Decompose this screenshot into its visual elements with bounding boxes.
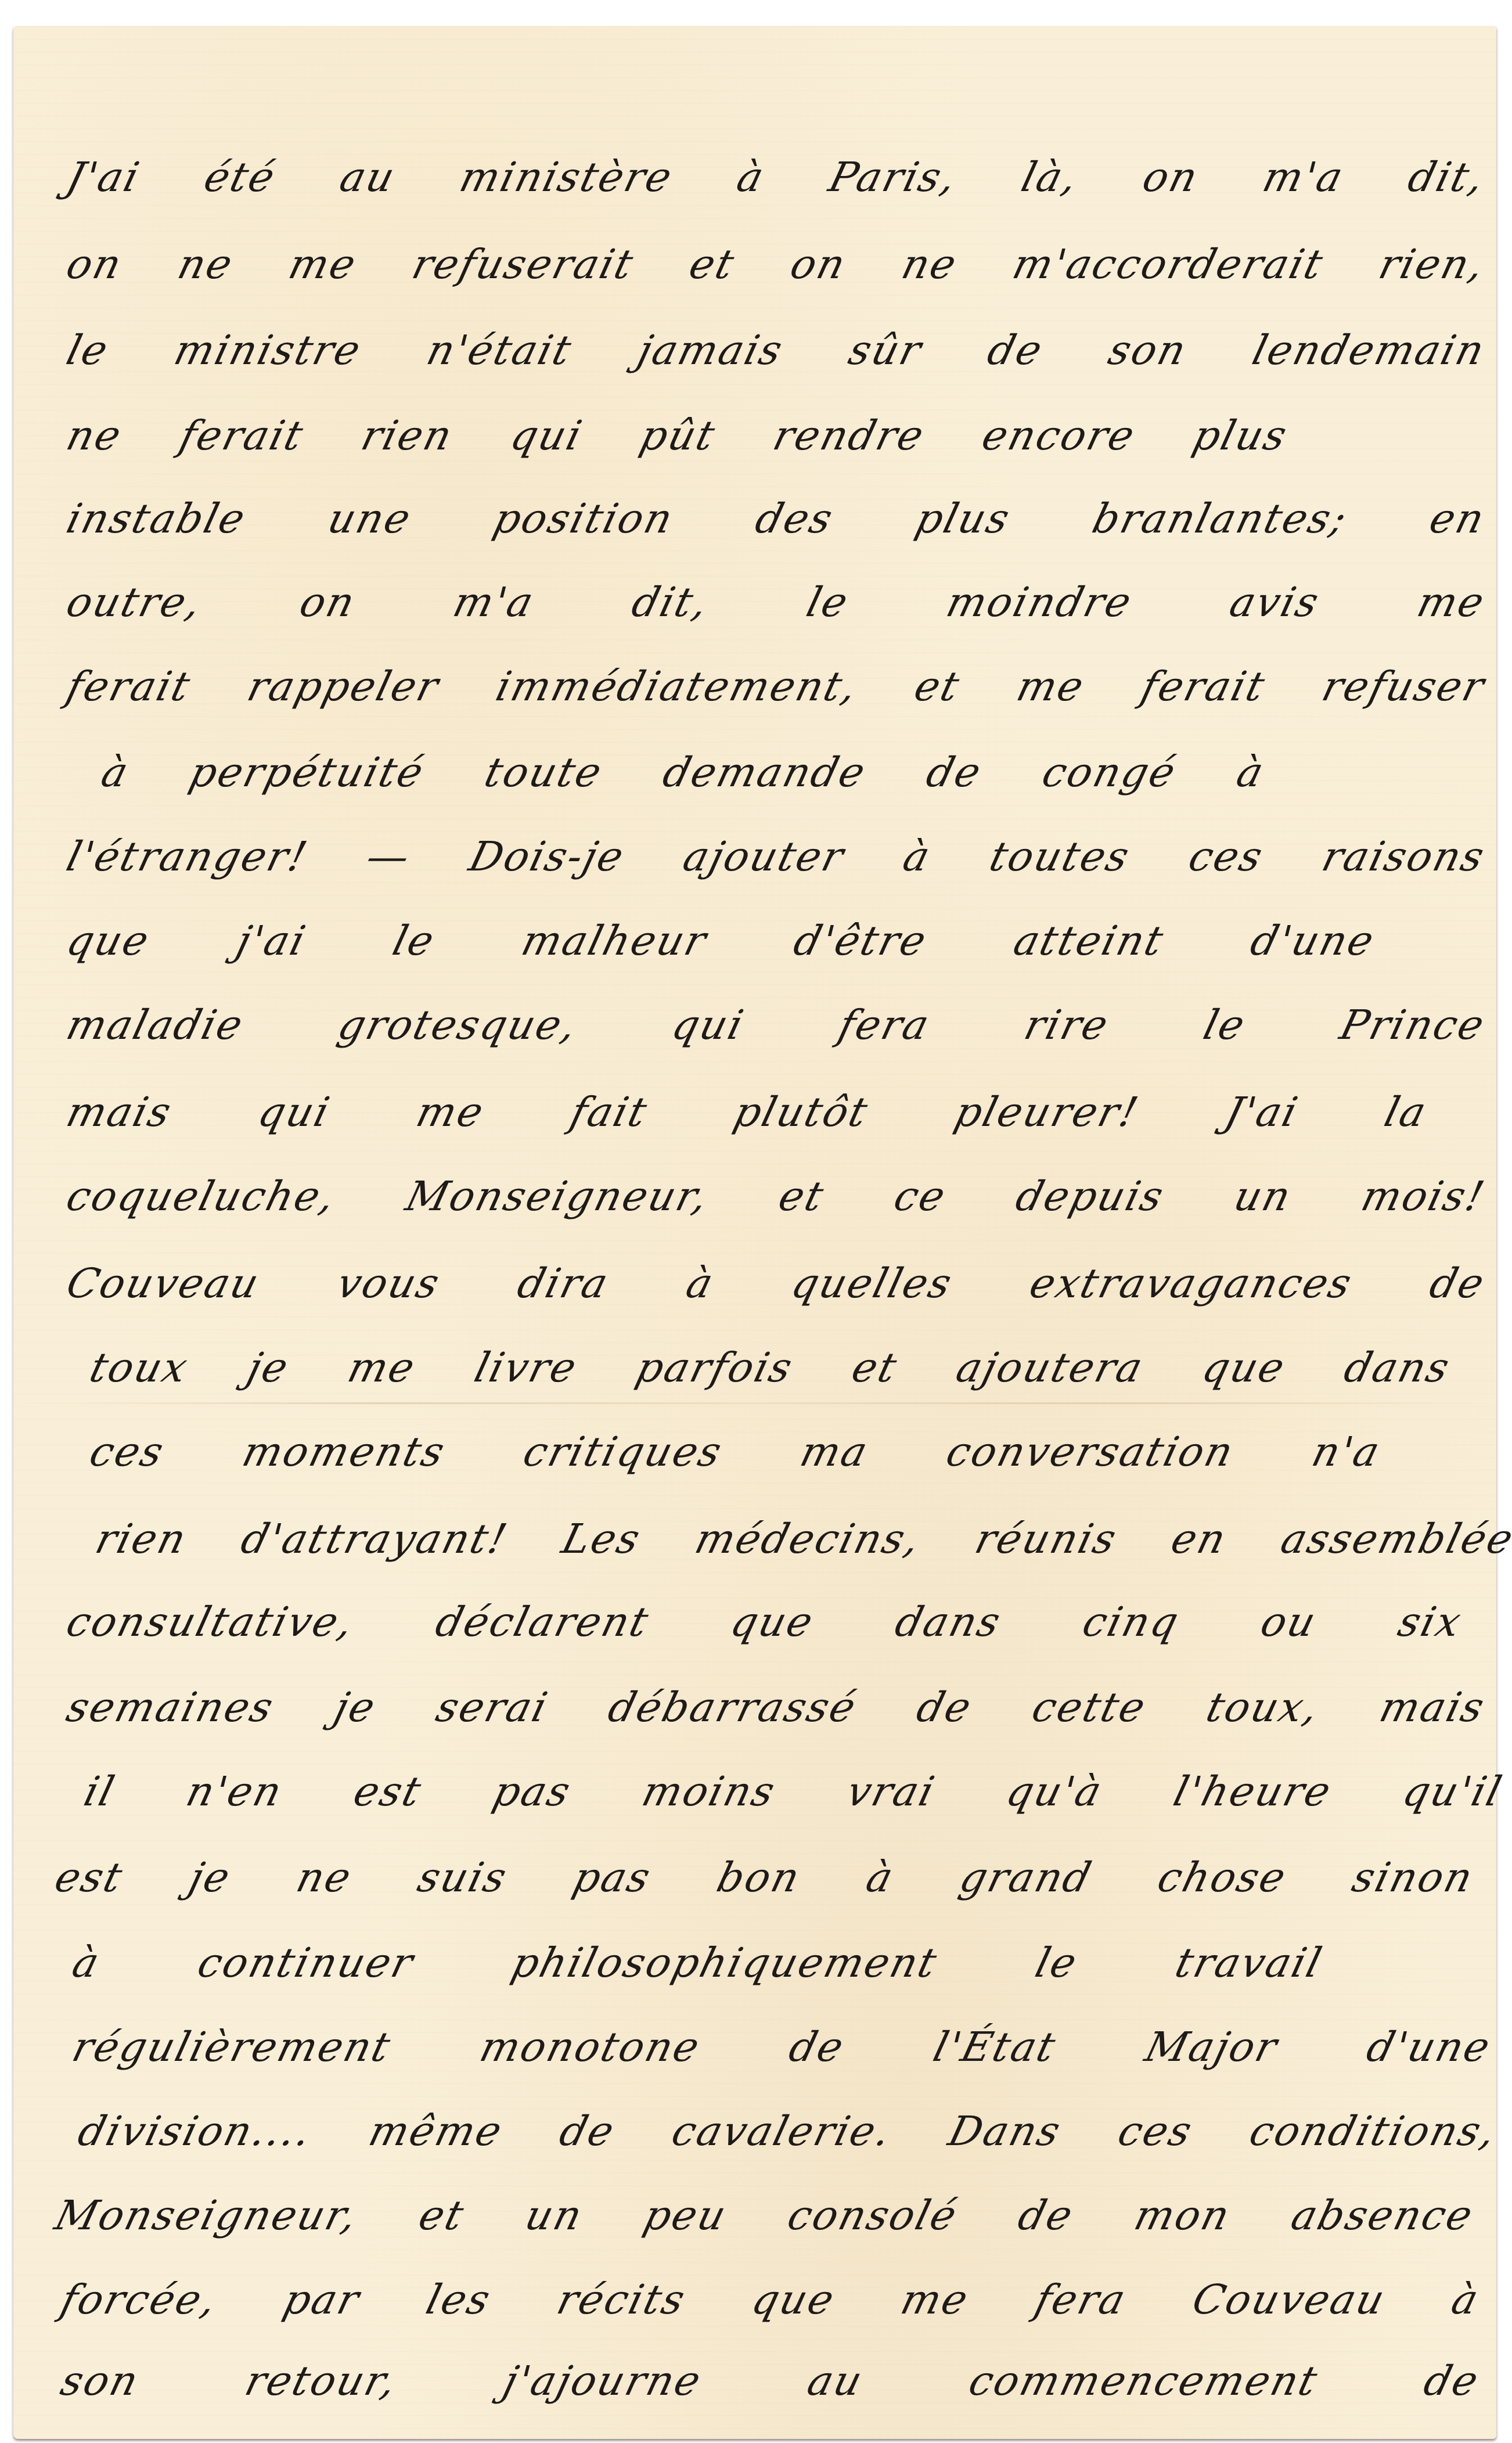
letter-line-24: division.... même de cavalerie. Dans ces… — [71, 2099, 1504, 2163]
letter-line-27: son retour, j'ajourne au commencement de — [54, 2349, 1486, 2413]
paper-fold-crease — [13, 1402, 1496, 1404]
letter-line-5: instable une position des plus branlante… — [60, 487, 1492, 551]
letter-line-4: ne ferait rien qui pût rendre encore plu… — [60, 404, 1295, 467]
letter-line-12: mais qui me fait plutôt pleurer! J'ai la — [60, 1080, 1434, 1144]
letter-page: J'ai été au ministère à Paris, là, on m'… — [13, 26, 1496, 2439]
letter-line-22: à continuer philosophiquement le travail — [66, 1931, 1330, 1995]
letter-line-11: maladie grotesque, qui fera rire le Prin… — [60, 993, 1492, 1057]
letter-line-14: Couveau vous dira à quelles extravagance… — [60, 1251, 1492, 1315]
letter-line-10: que j'ai le malheur d'être atteint d'une — [60, 909, 1382, 973]
letter-line-19: semaines je serai débarrassé de cette to… — [60, 1675, 1492, 1739]
letter-line-1: J'ai été au ministère à Paris, là, on m'… — [60, 145, 1492, 209]
letter-line-7: ferait rappeler immédiatement, et me fer… — [60, 654, 1492, 718]
letter-line-8: à perpétuité toute demande de congé à — [95, 740, 1272, 804]
letter-line-16: ces moments critiques ma conversation n'… — [83, 1420, 1388, 1484]
letter-line-25: Monseigneur, et un peu consolé de mon ab… — [48, 2183, 1481, 2247]
letter-line-13: coqueluche, Monseigneur, et ce depuis un… — [60, 1164, 1492, 1228]
letter-line-9: l'étranger! — Dois-je ajouter à toutes c… — [60, 825, 1492, 888]
letter-line-20: il n'en est pas moins vrai qu'à l'heure … — [77, 1760, 1510, 1823]
letter-line-2: on ne me refuserait et on ne m'accordera… — [60, 232, 1492, 296]
letter-line-6: outre, on m'a dit, le moindre avis me — [60, 570, 1492, 634]
letter-line-21: est je ne suis pas bon à grand chose sin… — [48, 1845, 1481, 1909]
letter-line-15: toux je me livre parfois et ajoutera que… — [83, 1336, 1457, 1399]
letter-line-3: le ministre n'était jamais sûr de son le… — [60, 318, 1492, 382]
letter-line-18: consultative, déclarent que dans cinq ou… — [60, 1590, 1469, 1654]
letter-line-23: régulièrement monotone de l'État Major d… — [66, 2015, 1498, 2079]
letter-line-26: forcée, par les récits que me fera Couve… — [54, 2268, 1486, 2332]
letter-line-17: rien d'attrayant! Les médecins, réunis e… — [89, 1507, 1512, 1571]
